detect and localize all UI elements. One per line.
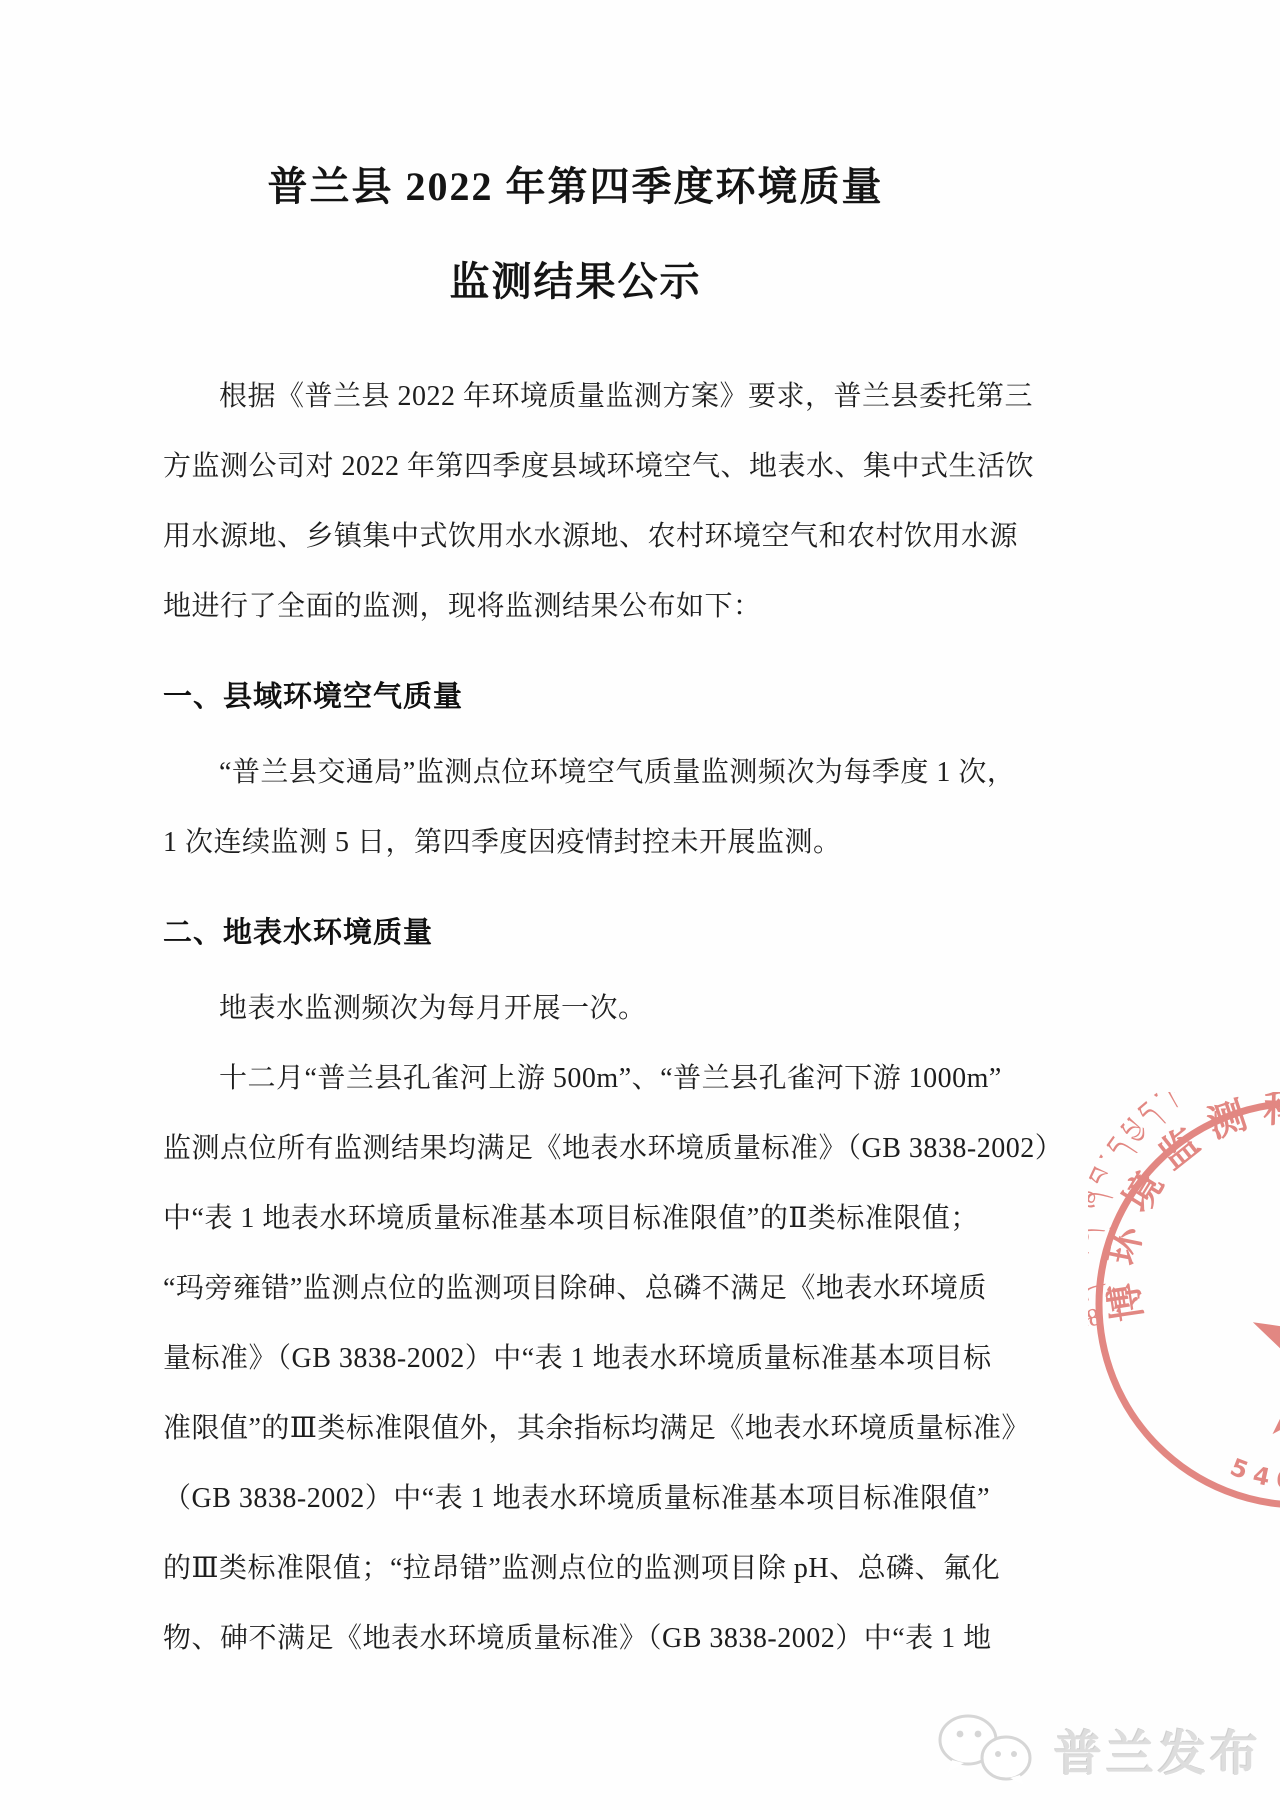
paragraph-line: 方监测公司对 2022 年第四季度县域环境空气、地表水、集中式生活饮 <box>163 432 988 502</box>
paragraph-line: “普兰县交通局”监测点位环境空气质量监测频次为每季度 1 次， <box>163 738 988 808</box>
paragraph-line: 监测点位所有监测结果均满足《地表水环境质量标准》（GB 3838-2002） <box>163 1114 988 1184</box>
paragraph-line: 的Ⅲ类标准限值；“拉昂错”监测点位的监测项目除 pH、总磷、氟化 <box>163 1534 988 1604</box>
paragraph-line: 1 次连续监测 5 日，第四季度因疫情封控未开展监测。 <box>163 808 988 878</box>
seal-code-number: 540103 <box>1226 1451 1280 1495</box>
paragraph-line: 中“表 1 地表水环境质量标准基本项目标准限值”的Ⅱ类标准限值； <box>163 1184 988 1254</box>
paragraph-line: 准限值”的Ⅲ类标准限值外，其余指标均满足《地表水环境质量标准》 <box>163 1394 988 1464</box>
section-heading-1: 一、县域环境空气质量 <box>163 662 988 732</box>
official-red-seal: ཚད་ལེན་ཞིབ་དཔྱད་ཁང་ 博环境监测科 540103 <box>1088 1092 1280 1522</box>
document-text-block: 根据《普兰县 2022 年环境质量监测方案》要求，普兰县委托第三 方监测公司对 … <box>163 362 988 1674</box>
paragraph-line: 地进行了全面的监测，现将监测结果公布如下： <box>163 572 988 642</box>
svg-text:540103: 540103 <box>1226 1451 1280 1495</box>
watermark-label: 普兰发布 <box>1054 1715 1262 1784</box>
paragraph-line: 地表水监测频次为每月开展一次。 <box>163 974 988 1044</box>
paragraph-line: “玛旁雍错”监测点位的监测项目除砷、总磷不满足《地表水环境质 <box>163 1254 988 1324</box>
seal-graphic: ཚད་ལེན་ཞིབ་དཔྱད་ཁང་ 博环境监测科 540103 <box>1088 1092 1280 1522</box>
section-heading-2: 二、地表水环境质量 <box>163 898 988 968</box>
paragraph-line: 量标准》（GB 3838-2002）中“表 1 地表水环境质量标准基本项目标 <box>163 1324 988 1394</box>
paragraph-line: 十二月“普兰县孔雀河上游 500m”、“普兰县孔雀河下游 1000m” <box>163 1044 988 1114</box>
document-title-line1: 普兰县 2022 年第四季度环境质量 <box>163 162 988 212</box>
paragraph-line: 根据《普兰县 2022 年环境质量监测方案》要求，普兰县委托第三 <box>163 362 988 432</box>
publisher-watermark: 普兰发布 <box>934 1710 1262 1788</box>
seal-star-icon <box>1238 1256 1280 1455</box>
paragraph-line: 用水源地、乡镇集中式饮用水水源地、农村环境空气和农村饮用水源 <box>163 502 988 572</box>
scanned-document-page: 普兰县 2022 年第四季度环境质量 监测结果公示 根据《普兰县 2022 年环… <box>0 0 1280 1810</box>
document-body: 普兰县 2022 年第四季度环境质量 监测结果公示 根据《普兰县 2022 年环… <box>163 0 988 1674</box>
wechat-icon <box>934 1710 1044 1788</box>
document-title-line2: 监测结果公示 <box>163 257 988 307</box>
paragraph-line: （GB 3838-2002）中“表 1 地表水环境质量标准基本项目标准限值” <box>163 1464 988 1534</box>
paragraph-line: 物、砷不满足《地表水环境质量标准》（GB 3838-2002）中“表 1 地 <box>163 1604 988 1674</box>
